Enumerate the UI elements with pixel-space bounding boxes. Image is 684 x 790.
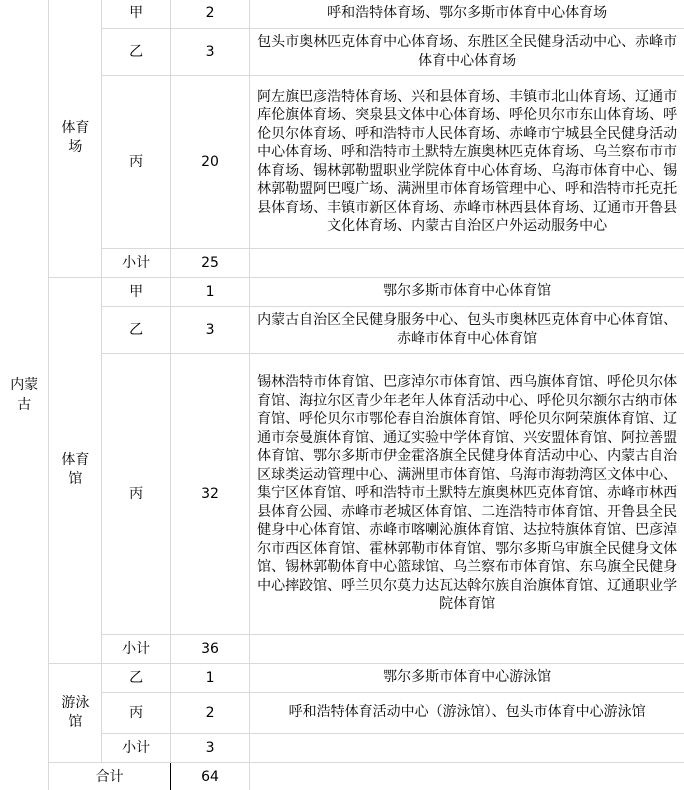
province-label: 内蒙古 [8,375,40,415]
venues-cell: 包头市奥林匹克体育中心体育场、东胜区全民健身活动中心、赤峰市体育中心体育场 [250,28,684,75]
table-row: 游泳馆 乙 1 鄂尔多斯市体育中心游泳馆 [0,663,684,692]
subtotal-row: 小计 3 [0,733,684,762]
category-cell: 体育场 [49,0,102,277]
subtotal-row: 小计 25 [0,248,684,277]
grade-cell: 乙 [102,663,170,692]
grade-cell: 甲 [102,0,170,28]
table-row: 内蒙古 体育场 甲 2 呼和浩特体育场、鄂尔多斯市体育中心体育场 [0,0,684,28]
grade-cell: 丙 [102,75,170,248]
empty-cell [250,733,684,762]
empty-cell [250,634,684,663]
subtotal-label: 小计 [102,634,170,663]
empty-cell [250,762,684,790]
total-value: 64 [170,762,249,790]
venues-cell: 阿左旗巴彦浩特体育场、兴和县体育场、丰镇市北山体育场、辽通市库伦旗体育场、突泉县… [250,75,684,248]
table-row: 丙 2 呼和浩特体育活动中心（游泳馆）、包头市体育中心游泳馆 [0,692,684,733]
grade-cell: 甲 [102,277,170,306]
grade-cell: 乙 [102,28,170,75]
venues-cell: 锡林浩特市体育馆、巴彦淖尔市体育馆、西乌旗体育馆、呼伦贝尔体育馆、海拉尔区青少年… [250,353,684,634]
table-row: 体育馆 甲 1 鄂尔多斯市体育中心体育馆 [0,277,684,306]
category-label: 体育场 [59,119,91,157]
table-row: 乙 3 包头市奥林匹克体育中心体育场、东胜区全民健身活动中心、赤峰市体育中心体育… [0,28,684,75]
subtotal-row: 小计 36 [0,634,684,663]
subtotal-label: 小计 [102,733,170,762]
category-label: 体育馆 [59,451,91,489]
table-row: 乙 3 内蒙古自治区全民健身服务中心、包头市奥林匹克体育中心体育馆、赤峰市体育中… [0,306,684,353]
count-cell: 3 [170,306,249,353]
subtotal-label: 小计 [102,248,170,277]
grade-cell: 乙 [102,306,170,353]
venues-cell: 内蒙古自治区全民健身服务中心、包头市奥林匹克体育中心体育馆、赤峰市体育中心体育馆 [250,306,684,353]
category-label: 游泳馆 [59,694,91,732]
total-row: 合计 64 [0,762,684,790]
subtotal-value: 25 [170,248,249,277]
venue-table: 内蒙古 体育场 甲 2 呼和浩特体育场、鄂尔多斯市体育中心体育场 乙 3 包头市… [0,0,684,790]
empty-cell [250,248,684,277]
grade-cell: 丙 [102,692,170,733]
count-cell: 2 [170,0,249,28]
table-row: 丙 20 阿左旗巴彦浩特体育场、兴和县体育场、丰镇市北山体育场、辽通市库伦旗体育… [0,75,684,248]
count-cell: 1 [170,663,249,692]
grade-cell: 丙 [102,353,170,634]
subtotal-value: 3 [170,733,249,762]
province-cell: 内蒙古 [0,0,49,790]
venues-cell: 鄂尔多斯市体育中心体育馆 [250,277,684,306]
category-cell: 体育馆 [49,277,102,663]
category-cell: 游泳馆 [49,663,102,762]
venues-cell: 呼和浩特体育活动中心（游泳馆）、包头市体育中心游泳馆 [250,692,684,733]
venues-cell: 鄂尔多斯市体育中心游泳馆 [250,663,684,692]
count-cell: 2 [170,692,249,733]
count-cell: 32 [170,353,249,634]
subtotal-value: 36 [170,634,249,663]
total-label: 合计 [49,762,170,790]
count-cell: 20 [170,75,249,248]
count-cell: 1 [170,277,249,306]
count-cell: 3 [170,28,249,75]
venues-cell: 呼和浩特体育场、鄂尔多斯市体育中心体育场 [250,0,684,28]
table-row: 丙 32 锡林浩特市体育馆、巴彦淖尔市体育馆、西乌旗体育馆、呼伦贝尔体育馆、海拉… [0,353,684,634]
